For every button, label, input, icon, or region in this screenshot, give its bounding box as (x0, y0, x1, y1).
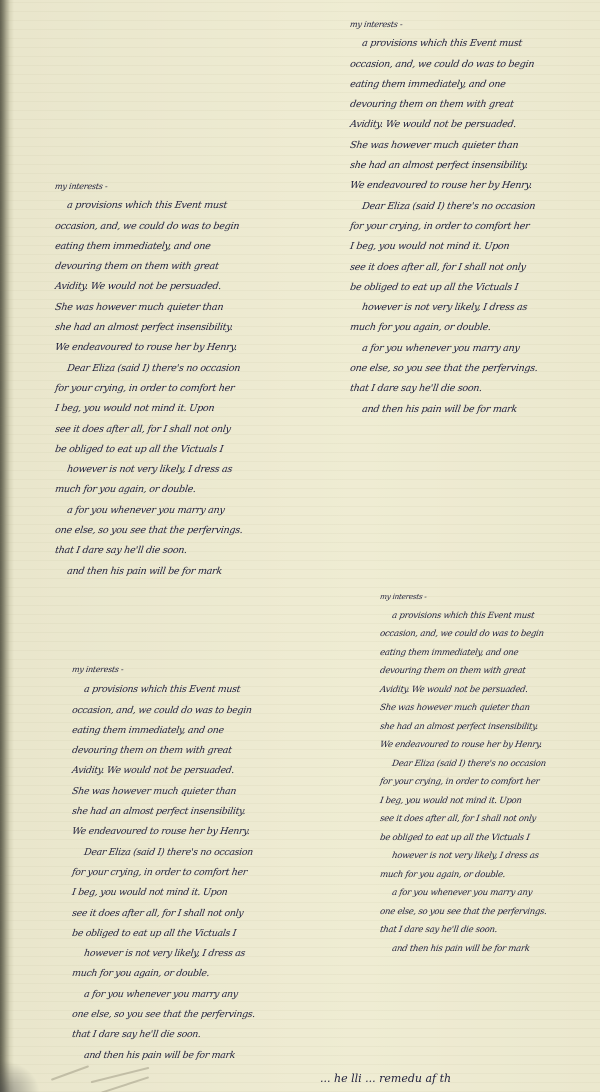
handwritten-line: She was however much quieter than (71, 782, 274, 802)
handwritten-line: that I dare say he'll die soon. (349, 379, 552, 399)
handwritten-line: and then his pain will be for mark (379, 940, 582, 959)
handwritten-line: my interests - (379, 588, 582, 607)
handwritten-line: much for you again, or double. (379, 866, 582, 885)
handwritten-line: she had an almost perfect insensibility. (71, 802, 274, 822)
handwritten-line: my interests - (71, 660, 274, 680)
handwritten-line: however is not very likely, I dress as (349, 298, 552, 318)
handwritten-line: Dear Eliza (said I) there's no occasion (71, 843, 274, 863)
handwritten-line: We endeavoured to rouse her by Henry. (349, 176, 552, 196)
handwritten-line: she had an almost perfect insensibility. (379, 718, 582, 737)
handwritten-passage-lower-right: my interests -a provisions which this Ev… (380, 588, 580, 958)
handwritten-line: Dear Eliza (said I) there's no occasion (379, 755, 582, 774)
handwritten-line: eating them immediately, and one (71, 721, 274, 741)
handwritten-line: however is not very likely, I dress as (71, 944, 274, 964)
handwritten-line: and then his pain will be for mark (349, 400, 552, 420)
handwritten-line: for your crying, in order to comfort her (379, 773, 582, 792)
pencil-sketch-stroke (51, 1065, 89, 1081)
corner-smudge (0, 1060, 40, 1092)
handwritten-line: a for you whenever you marry any (71, 985, 274, 1005)
handwritten-line: devouring them on them with great (54, 257, 257, 277)
handwritten-line: be obliged to eat up all the Victuals I (54, 440, 257, 460)
handwritten-line: that I dare say he'll die soon. (379, 921, 582, 940)
handwritten-line: We endeavoured to rouse her by Henry. (379, 736, 582, 755)
handwritten-line: eating them immediately, and one (349, 75, 552, 95)
handwritten-line: one else, so you see that the perferving… (379, 903, 582, 922)
handwritten-line: She was however much quieter than (54, 298, 257, 318)
handwritten-line: We endeavoured to rouse her by Henry. (71, 822, 274, 842)
handwritten-line: Dear Eliza (said I) there's no occasion (54, 359, 257, 379)
handwritten-line: for your crying, in order to comfort her (71, 863, 274, 883)
handwritten-line: occasion, and, we could do was to begin (54, 217, 257, 237)
handwritten-line: one else, so you see that the perferving… (54, 521, 257, 541)
handwritten-line: I beg, you would not mind it. Upon (71, 883, 274, 903)
handwritten-line: I beg, you would not mind it. Upon (349, 237, 552, 257)
handwritten-line: she had an almost perfect insensibility. (54, 318, 257, 338)
handwritten-line: that I dare say he'll die soon. (71, 1025, 274, 1045)
handwritten-line: She was however much quieter than (379, 699, 582, 718)
handwritten-line: be obliged to eat up all the Victuals I (71, 924, 274, 944)
handwritten-line: a for you whenever you marry any (379, 884, 582, 903)
handwritten-line: one else, so you see that the perferving… (349, 359, 552, 379)
handwritten-line: much for you again, or double. (54, 480, 257, 500)
handwritten-line: a for you whenever you marry any (54, 501, 257, 521)
handwritten-line: however is not very likely, I dress as (54, 460, 257, 480)
handwritten-line: a provisions which this Event must (71, 680, 274, 700)
handwritten-line: Avidity. We would not be persuaded. (54, 277, 257, 297)
handwritten-passage-top-right: my interests -a provisions which this Ev… (350, 14, 550, 420)
handwritten-line: I beg, you would not mind it. Upon (54, 399, 257, 419)
page-edge-shadow (0, 0, 10, 1092)
handwritten-line: much for you again, or double. (71, 964, 274, 984)
handwritten-line: much for you again, or double. (349, 318, 552, 338)
handwritten-line: my interests - (349, 14, 552, 34)
handwritten-line: one else, so you see that the perferving… (71, 1005, 274, 1025)
handwritten-line: see it does after all, for I shall not o… (54, 420, 257, 440)
handwritten-line: a provisions which this Event must (379, 607, 582, 626)
handwritten-line: for your crying, in order to comfort her (54, 379, 257, 399)
handwritten-line: see it does after all, for I shall not o… (379, 810, 582, 829)
handwritten-line: occasion, and, we could do was to begin (379, 625, 582, 644)
handwritten-line: Avidity. We would not be persuaded. (71, 761, 274, 781)
handwritten-line: I beg, you would not mind it. Upon (379, 792, 582, 811)
handwritten-line: be obliged to eat up all the Victuals I (379, 829, 582, 848)
handwritten-line: devouring them on them with great (349, 95, 552, 115)
handwritten-line: see it does after all, for I shall not o… (71, 904, 274, 924)
handwritten-line: Avidity. We would not be persuaded. (379, 681, 582, 700)
handwritten-line: see it does after all, for I shall not o… (349, 258, 552, 278)
handwritten-line: a provisions which this Event must (54, 196, 257, 216)
handwritten-line: a provisions which this Event must (349, 34, 552, 54)
handwritten-line: We endeavoured to rouse her by Henry. (54, 338, 257, 358)
handwritten-line: Dear Eliza (said I) there's no occasion (349, 197, 552, 217)
handwritten-passage-center-left: my interests -a provisions which this Ev… (55, 176, 255, 582)
handwritten-line: be obliged to eat up all the Victuals I (349, 278, 552, 298)
handwritten-line: a for you whenever you marry any (349, 339, 552, 359)
handwritten-line: and then his pain will be for mark (71, 1046, 274, 1066)
handwritten-line: devouring them on them with great (71, 741, 274, 761)
handwritten-passage-lower-left: my interests -a provisions which this Ev… (72, 660, 272, 1066)
handwritten-line: She was however much quieter than (349, 136, 552, 156)
footer-handwriting-fragment: ... he lli ... remedu af th (320, 1072, 451, 1085)
handwritten-line: she had an almost perfect insensibility. (349, 156, 552, 176)
handwritten-line: Avidity. We would not be persuaded. (349, 115, 552, 135)
handwritten-line: occasion, and, we could do was to begin (349, 55, 552, 75)
handwritten-line: my interests - (54, 176, 257, 196)
handwritten-line: however is not very likely, I dress as (379, 847, 582, 866)
handwritten-line: eating them immediately, and one (379, 644, 582, 663)
handwritten-line: and then his pain will be for mark (54, 562, 257, 582)
handwritten-line: that I dare say he'll die soon. (54, 541, 257, 561)
handwritten-line: eating them immediately, and one (54, 237, 257, 257)
handwritten-line: for your crying, in order to comfort her (349, 217, 552, 237)
handwritten-line: occasion, and, we could do was to begin (71, 701, 274, 721)
handwritten-line: devouring them on them with great (379, 662, 582, 681)
